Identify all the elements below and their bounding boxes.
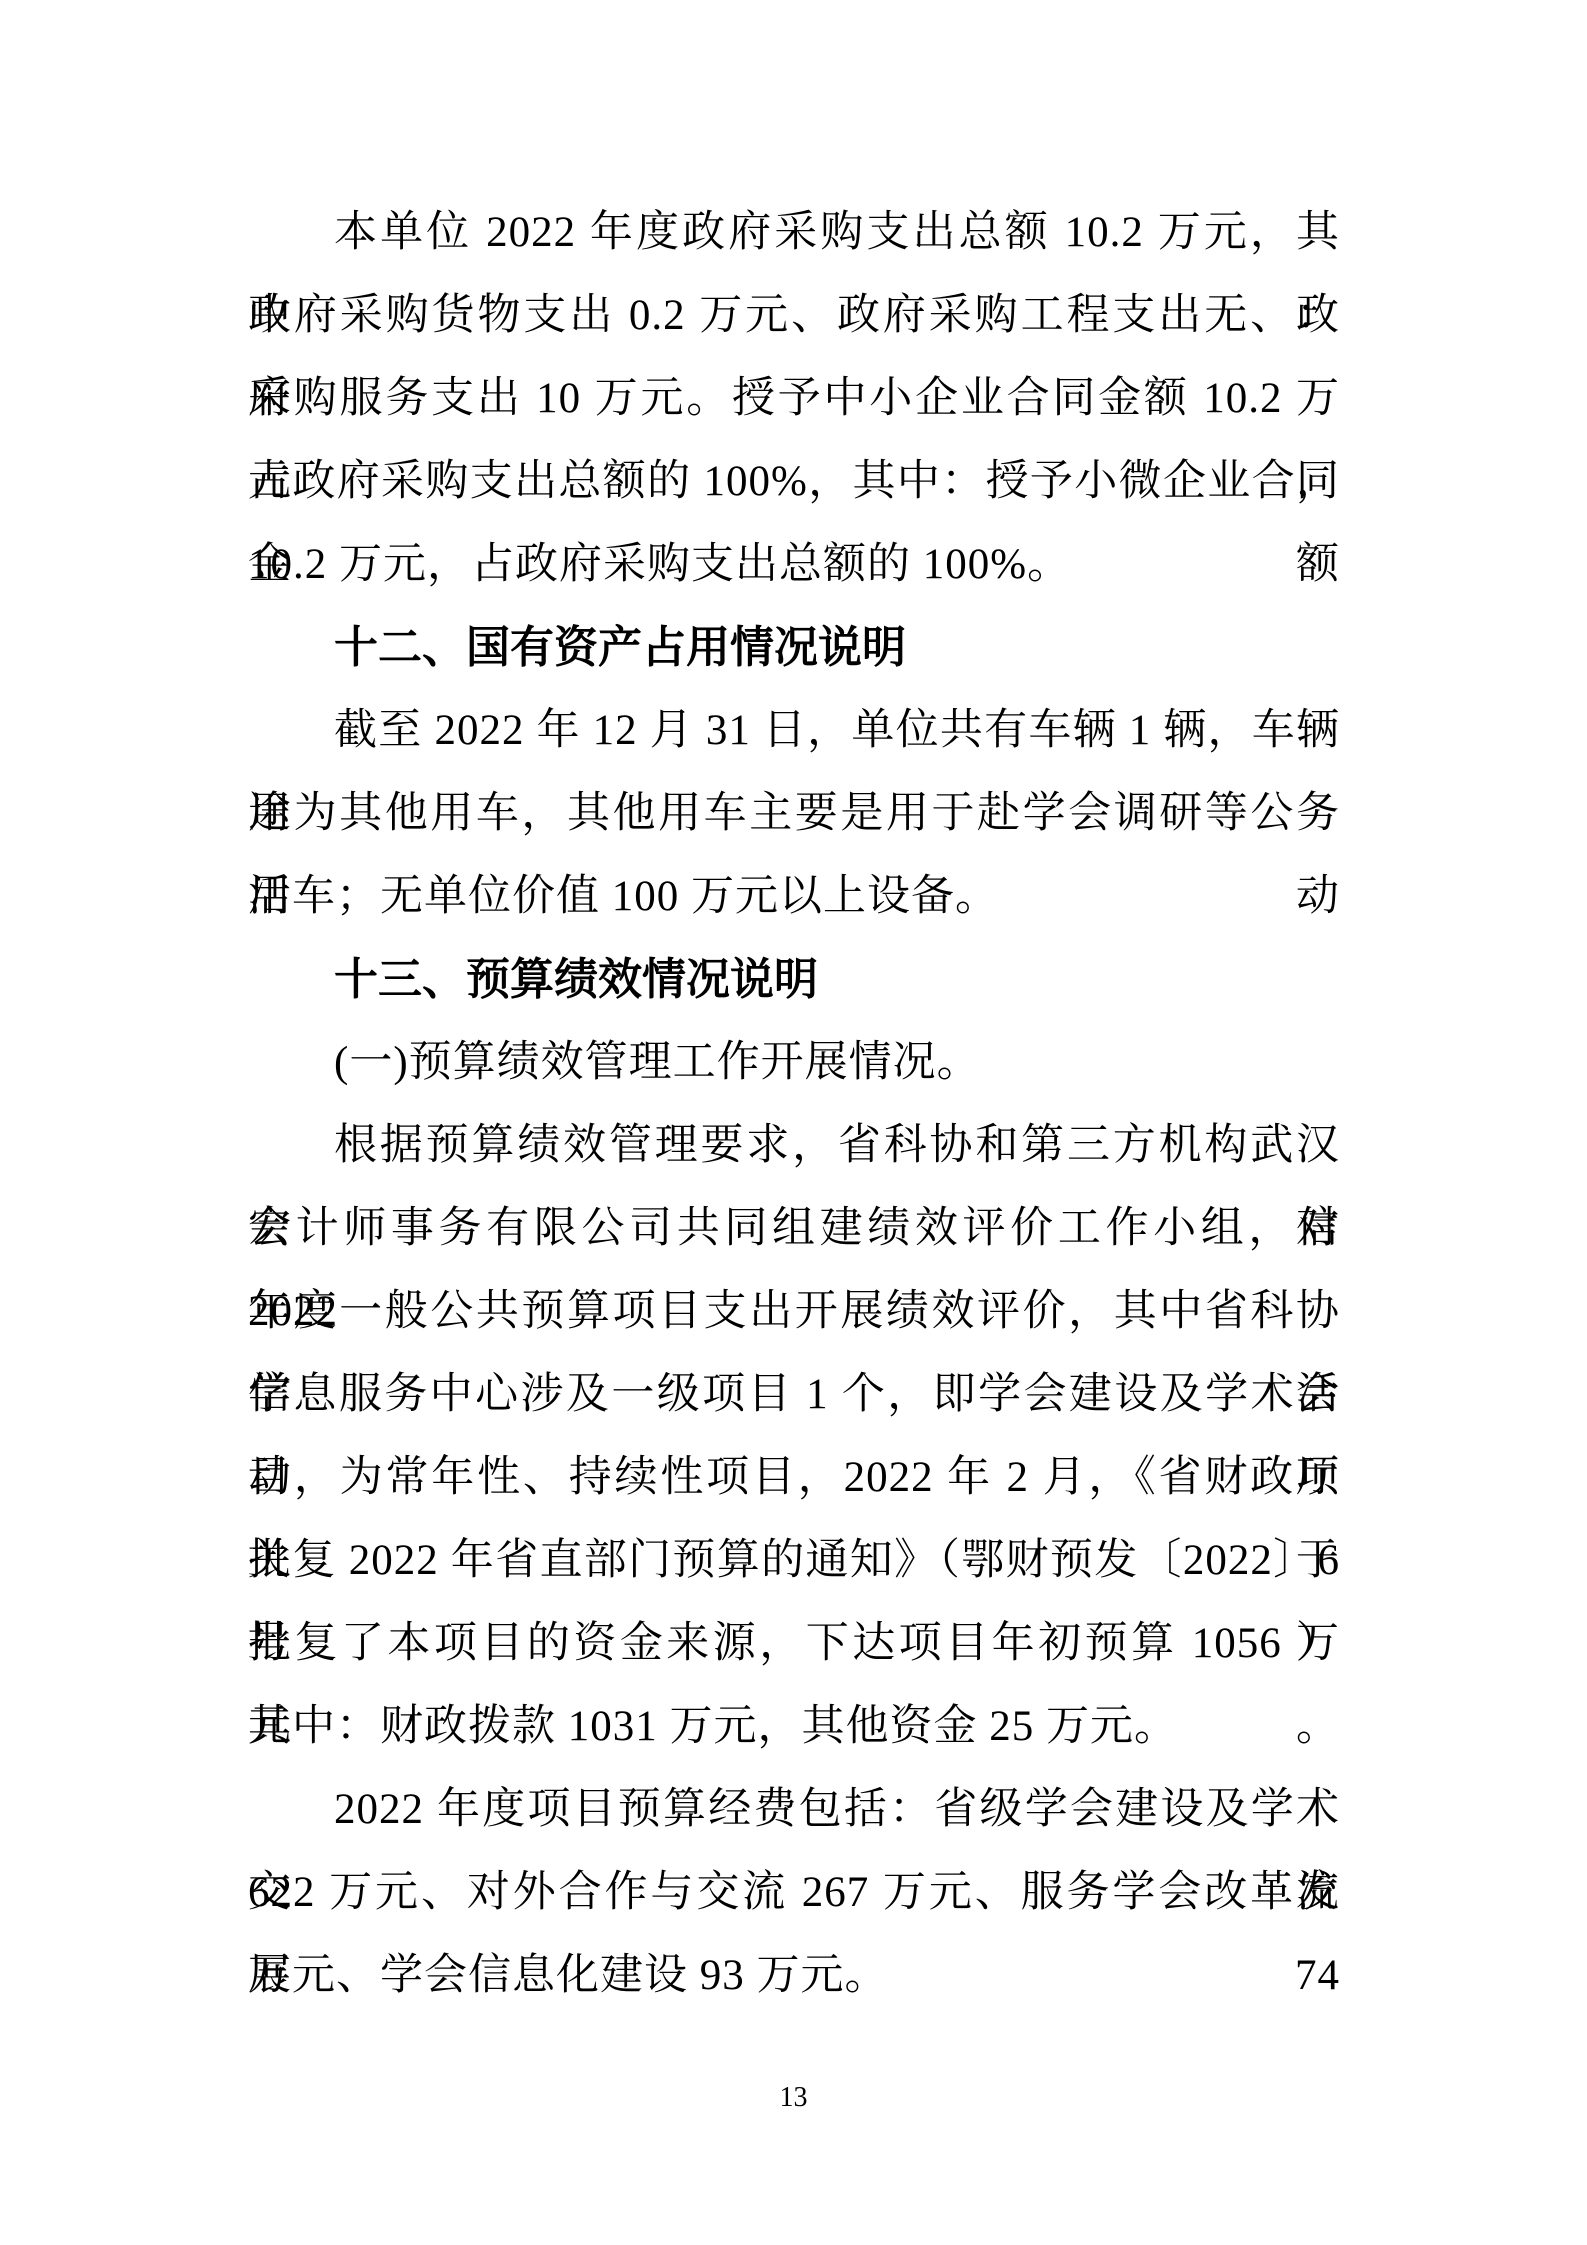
state-assets-paragraph-line: 途为其他用车，其他用车主要是用于赴学会调研等公务活动 <box>248 772 1340 855</box>
budget-performance-subheading: (一)预算绩效管理工作开展情况。 <box>248 1021 1340 1104</box>
performance-evaluation-paragraph-line: 根据预算绩效管理要求，省科协和第三方机构武汉宏信 <box>248 1104 1340 1187</box>
performance-evaluation-paragraph-line: 批复 2022 年省直部门预算的通知》（鄂财预发〔2022〕6 号） <box>248 1519 1340 1602</box>
procurement-paragraph-line: 采购服务支出 10 万元。授予中小企业合同金额 10.2 万元， <box>248 357 1340 440</box>
document-body: 本单位 2022 年度政府采购支出总额 10.2 万元，其中： 政府采购货物支出… <box>248 191 1340 2017</box>
document-page: 本单位 2022 年度政府采购支出总额 10.2 万元，其中： 政府采购货物支出… <box>0 0 1587 2245</box>
performance-evaluation-paragraph-line: 目，为常年性、持续性项目，2022 年 2 月，《省财政厅关于 <box>248 1436 1340 1519</box>
section-heading-budget-performance: 十三、预算绩效情况说明 <box>248 938 1340 1021</box>
page-number: 13 <box>0 2078 1587 2118</box>
budget-breakdown-paragraph-line: 2022 年度项目预算经费包括：省级学会建设及学术交流 <box>248 1768 1340 1851</box>
performance-evaluation-paragraph-line: 其中：财政拨款 1031 万元，其他资金 25 万元。 <box>248 1685 1340 1768</box>
budget-breakdown-paragraph-line: 622 万元、对外合作与交流 267 万元、服务学会改革发展 74 <box>248 1851 1340 1934</box>
performance-evaluation-paragraph-line: 信息服务中心涉及一级项目 1 个，即学会建设及学术活动项 <box>248 1353 1340 1436</box>
performance-evaluation-paragraph-line: 会计师事务有限公司共同组建绩效评价工作小组，对 2022 <box>248 1187 1340 1270</box>
state-assets-paragraph-line: 截至 2022 年 12 月 31 日，单位共有车辆 1 辆，车辆用 <box>248 689 1340 772</box>
section-heading-state-assets: 十二、国有资产占用情况说明 <box>248 606 1340 689</box>
performance-evaluation-paragraph-line: 年度一般公共预算项目支出开展绩效评价，其中省科协学会 <box>248 1270 1340 1353</box>
procurement-paragraph-line: 政府采购货物支出 0.2 万元、政府采购工程支出无、政府 <box>248 274 1340 357</box>
procurement-paragraph-line: 本单位 2022 年度政府采购支出总额 10.2 万元，其中： <box>248 191 1340 274</box>
performance-evaluation-paragraph-line: 批复了本项目的资金来源，下达项目年初预算 1056 万元。 <box>248 1602 1340 1685</box>
procurement-paragraph-line: 占政府采购支出总额的 100%，其中：授予小微企业合同金额 <box>248 440 1340 523</box>
